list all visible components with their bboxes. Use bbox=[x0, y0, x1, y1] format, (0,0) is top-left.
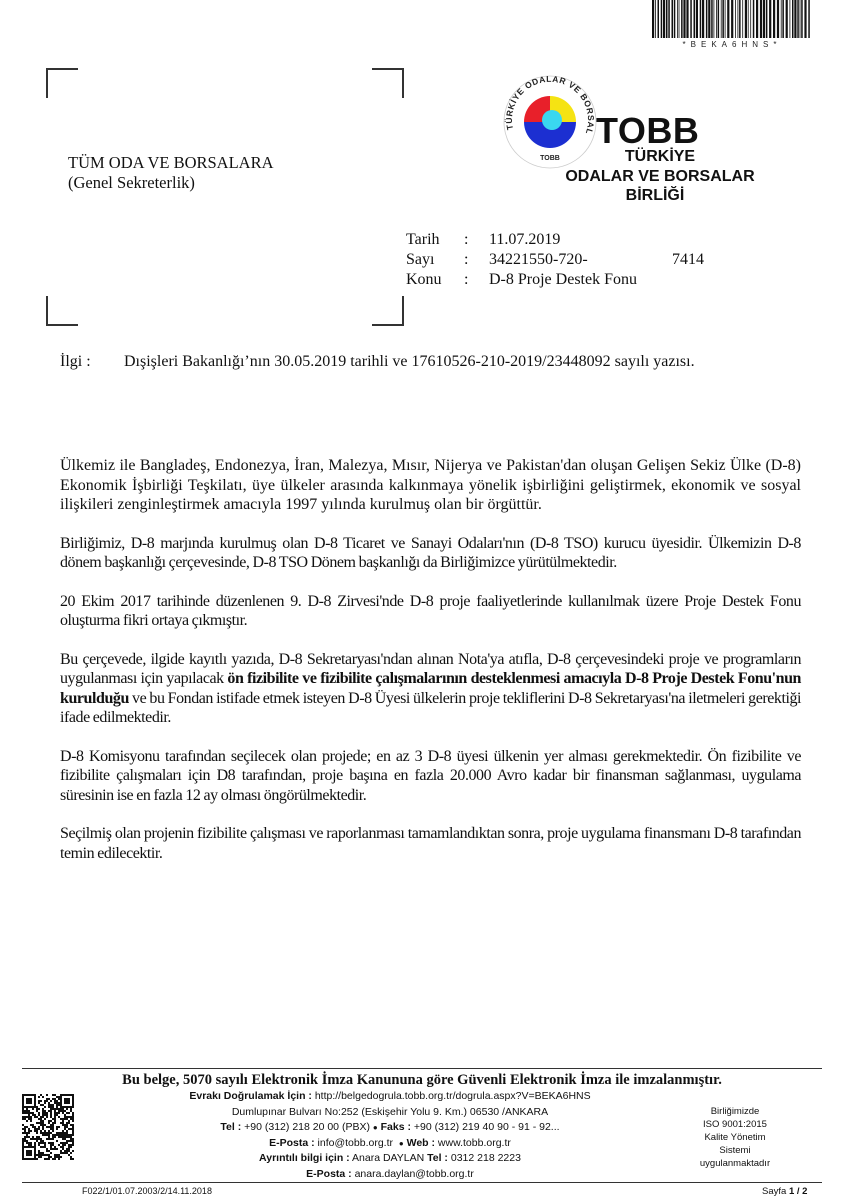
letter-body: Ülkemiz ile Bangladeş, Endonezya, İran, … bbox=[60, 456, 801, 882]
meta-subject-row: Konu : D-8 Proje Destek Fonu bbox=[406, 270, 637, 290]
tel-value: +90 (312) 218 20 00 (PBX) bbox=[244, 1121, 370, 1133]
paragraph-2: Birliğimiz, D-8 marjında kurulmuş olan D… bbox=[60, 534, 801, 573]
verify-link[interactable]: http://belgedogrula.tobb.org.tr/dogrula.… bbox=[315, 1090, 591, 1102]
date-value: 11.07.2019 bbox=[489, 230, 637, 250]
paragraph-4: Bu çerçevede, ilgide kayıtlı yazıda, D-8… bbox=[60, 650, 801, 728]
window-corner-mark bbox=[46, 296, 78, 326]
contact-tel: 0312 218 2223 bbox=[451, 1152, 521, 1164]
email-web-line: E-Posta : info@tobb.org.tr ● Web : www.t… bbox=[150, 1136, 630, 1152]
subject-label: Konu bbox=[406, 270, 464, 290]
paragraph-4-text-end: ve bu Fondan istifade etmek isteyen D-8 … bbox=[60, 690, 801, 727]
barcode-image bbox=[652, 0, 812, 38]
contact-name: Anara DAYLAN bbox=[352, 1152, 424, 1164]
page-indicator: Sayfa 1 / 2 bbox=[762, 1186, 807, 1197]
iso-line: ISO 9001:2015 bbox=[660, 1118, 810, 1131]
separator: : bbox=[464, 250, 489, 270]
fax-value: +90 (312) 219 40 90 - 91 - 92... bbox=[414, 1121, 560, 1133]
org-name-line2: ODALAR VE BORSALAR bbox=[530, 168, 790, 186]
page-value: 1 / 2 bbox=[789, 1186, 808, 1197]
fax-label: Faks : bbox=[381, 1121, 411, 1133]
iso-notice: Birliğimizde ISO 9001:2015 Kalite Yöneti… bbox=[660, 1105, 810, 1170]
org-name-line3: BİRLİĞİ bbox=[545, 187, 765, 205]
iso-line: Sistemi bbox=[660, 1144, 810, 1157]
window-corner-mark bbox=[46, 68, 78, 98]
separator: : bbox=[464, 230, 489, 250]
barcode-text: *BEKA6HNS* bbox=[652, 40, 812, 49]
iso-line: uygulanmaktadır bbox=[660, 1157, 810, 1170]
address-line: Dumlupınar Bulvarı No:252 (Eskişehir Yol… bbox=[150, 1105, 630, 1121]
phone-line: Tel : +90 (312) 218 20 00 (PBX) ● Faks :… bbox=[150, 1120, 630, 1136]
web-link[interactable]: www.tobb.org.tr bbox=[438, 1137, 511, 1149]
iso-line: Kalite Yönetim bbox=[660, 1131, 810, 1144]
paragraph-5: D-8 Komisyonu tarafından seçilecek olan … bbox=[60, 747, 801, 806]
web-label: Web : bbox=[407, 1137, 435, 1149]
bullet-icon: ● bbox=[373, 1123, 378, 1132]
meta-date-row: Tarih : 11.07.2019 bbox=[406, 230, 637, 250]
recipient-department: (Genel Sekreterlik) bbox=[68, 173, 274, 193]
verify-label: Evrakı Doğrulamak İçin : bbox=[189, 1090, 312, 1102]
number-label: Sayı bbox=[406, 250, 464, 270]
reference-text: Dışişleri Bakanlığı’nın 30.05.2019 tarih… bbox=[124, 352, 800, 372]
page-label: Sayfa bbox=[762, 1186, 786, 1197]
footer-bottom-divider bbox=[22, 1182, 822, 1183]
contact-label: Ayrıntılı bilgi için : bbox=[259, 1152, 350, 1164]
separator: : bbox=[464, 270, 489, 290]
e-signature-notice: Bu belge, 5070 sayılı Elektronik İmza Ka… bbox=[0, 1072, 844, 1089]
contact-line: Ayrıntılı bilgi için : Anara DAYLAN Tel … bbox=[150, 1151, 630, 1167]
window-corner-mark bbox=[372, 68, 404, 98]
org-name-line1: TÜRKİYE bbox=[550, 148, 770, 166]
org-short-name: TOBB bbox=[596, 110, 699, 152]
qr-code-icon bbox=[22, 1094, 74, 1160]
email-label: E-Posta : bbox=[269, 1137, 315, 1149]
reference-block: İlgi : Dışişleri Bakanlığı’nın 30.05.201… bbox=[60, 352, 800, 372]
form-number: F022/1/01.07.2003/2/14.11.2018 bbox=[82, 1186, 212, 1196]
recipient-block: TÜM ODA VE BORSALARA (Genel Sekreterlik) bbox=[68, 153, 274, 193]
date-label: Tarih bbox=[406, 230, 464, 250]
footer-contact-block: Evrakı Doğrulamak İçin : http://belgedog… bbox=[150, 1089, 630, 1183]
contact-email-line: E-Posta : anara.daylan@tobb.org.tr bbox=[150, 1167, 630, 1183]
subject-value: D-8 Proje Destek Fonu bbox=[489, 270, 637, 290]
document-meta: Tarih : 11.07.2019 Sayı : 34221550-720- … bbox=[406, 230, 637, 290]
recipient-name: TÜM ODA VE BORSALARA bbox=[68, 153, 274, 173]
window-corner-mark bbox=[372, 296, 404, 326]
contact-tel-label: Tel : bbox=[427, 1152, 448, 1164]
footer-top-divider bbox=[22, 1068, 822, 1069]
verify-line: Evrakı Doğrulamak İçin : http://belgedog… bbox=[150, 1089, 630, 1105]
paragraph-3: 20 Ekim 2017 tarihinde düzenlenen 9. D-8… bbox=[60, 592, 801, 631]
contact-email-link[interactable]: anara.daylan@tobb.org.tr bbox=[355, 1168, 474, 1180]
number-value: 34221550-720- bbox=[489, 250, 637, 270]
paragraph-1: Ülkemiz ile Bangladeş, Endonezya, İran, … bbox=[60, 456, 801, 515]
number-suffix: 7414 bbox=[672, 251, 704, 269]
paragraph-6: Seçilmiş olan projenin fizibilite çalışm… bbox=[60, 824, 801, 863]
tel-label: Tel : bbox=[220, 1121, 241, 1133]
iso-line: Birliğimizde bbox=[660, 1105, 810, 1118]
contact-email-label: E-Posta : bbox=[306, 1168, 352, 1180]
bullet-icon: ● bbox=[399, 1139, 404, 1148]
reference-label: İlgi : bbox=[60, 352, 91, 372]
email-link[interactable]: info@tobb.org.tr bbox=[318, 1137, 393, 1149]
meta-number-row: Sayı : 34221550-720- bbox=[406, 250, 637, 270]
